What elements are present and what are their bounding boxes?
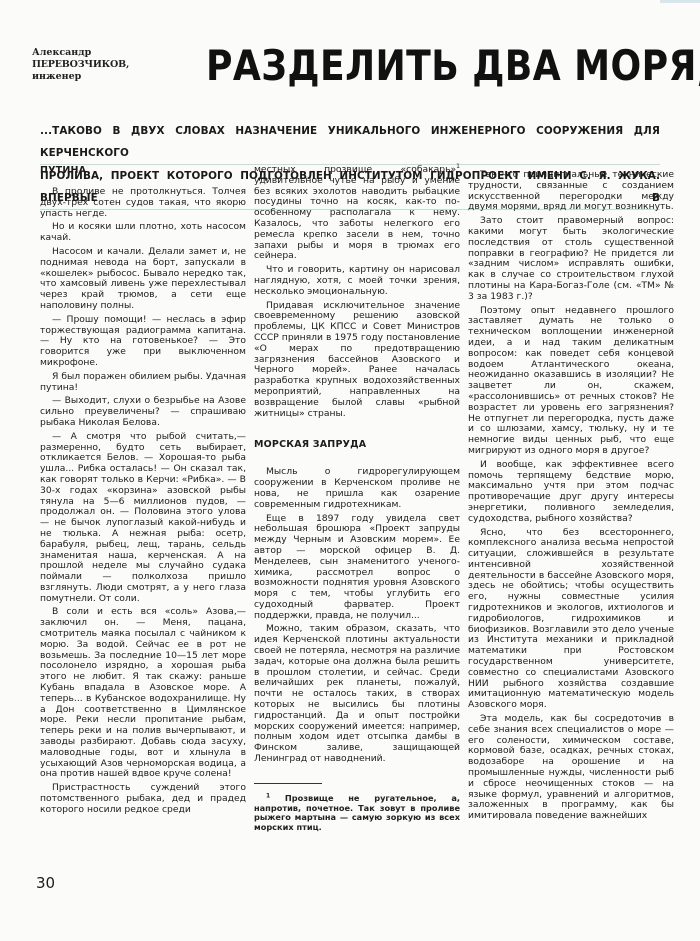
paragraph: Что и говорить, картину он нарисовал наг… xyxy=(254,265,460,297)
paragraph: Пристрастность суждений этого потомствен… xyxy=(40,783,246,815)
paragraph-text: местных прозвище «собакарь» xyxy=(254,164,456,175)
page-edge-tint xyxy=(660,0,700,3)
author-byline: Александр ПЕРЕВОЗЧИКОВ, инженер xyxy=(32,47,182,83)
paragraph: Еще в 1897 году увидела свет небольшая б… xyxy=(254,514,460,622)
paragraph: В проливе не протолкнуться. Толчея двух-… xyxy=(40,187,246,219)
text-column-1: ПУТИНА В проливе не протолкнуться. Толче… xyxy=(40,165,246,819)
page-number: 30 xyxy=(36,874,55,892)
footnote-text: Прозвище не ругательное, а, напротив, по… xyxy=(254,793,460,832)
footnote: 1 Прозвище не ругательное, а, напротив, … xyxy=(254,794,460,833)
paragraph: Зато стоит правомерный вопрос: какими мо… xyxy=(468,216,674,302)
paragraph: Мысль о гидрорегулирующем сооружении в К… xyxy=(254,467,460,510)
section-heading-putina: ПУТИНА xyxy=(40,165,246,177)
paragraph: Можно, таким образом, сказать, что идея … xyxy=(254,624,460,764)
paragraph: — Выходит, слухи о безрыбье на Азове сил… xyxy=(40,396,246,428)
author-first-name: Александр xyxy=(32,47,182,59)
paragraph: В соли и есть вся «соль» Азова,— заключи… xyxy=(40,607,246,780)
paragraph: Эта модель, как бы сосредоточив в себе з… xyxy=(468,714,674,822)
lead-line-1: ...ТАКОВО В ДВУХ СЛОВАХ НАЗНАЧЕНИЕ УНИКА… xyxy=(40,120,660,165)
paragraph: Но и косяки шли плотно, хоть насосом кач… xyxy=(40,222,246,244)
paragraph: — А смотря что рыбой считать,— размеренн… xyxy=(40,432,246,605)
paragraph: Насосом и качали. Делали замет и, не под… xyxy=(40,247,246,312)
footnote-marker: 1 xyxy=(266,792,270,799)
paragraph-continued: местных прозвище «собакарь»1 удивительно… xyxy=(254,165,460,262)
paragraph: Поэтому опыт недавнего прошлого заставля… xyxy=(468,306,674,457)
text-column-3: Так что принципиальные технические трудн… xyxy=(468,170,674,825)
footnote-ref: 1 xyxy=(456,163,460,170)
footnote-divider xyxy=(254,783,322,784)
section-heading-morskaya-zapruda: МОРСКАЯ ЗАПРУДА xyxy=(254,439,460,451)
paragraph-text: удивительное чутье на рыбу и умение без … xyxy=(254,175,460,262)
paragraph: Придавая исключительное значение своевре… xyxy=(254,301,460,420)
paragraph: Я был поражен обилием рыбы. Удачная пути… xyxy=(40,372,246,394)
text-column-2: местных прозвище «собакарь»1 удивительно… xyxy=(254,165,460,836)
article-title: РАЗДЕЛИТЬ ДВА МОРЯ, xyxy=(206,42,700,90)
paragraph: И вообще, как эффективнее всего помочь т… xyxy=(468,460,674,525)
paragraph: Так что принципиальные технические трудн… xyxy=(468,170,674,213)
paragraph: Ясно, что без всестороннего, комплексног… xyxy=(468,528,674,712)
paragraph: — Прошу помощи! — неслась в эфир торжест… xyxy=(40,315,246,369)
author-last-name: ПЕРЕВОЗЧИКОВ, xyxy=(32,59,182,71)
author-role: инженер xyxy=(32,71,182,83)
